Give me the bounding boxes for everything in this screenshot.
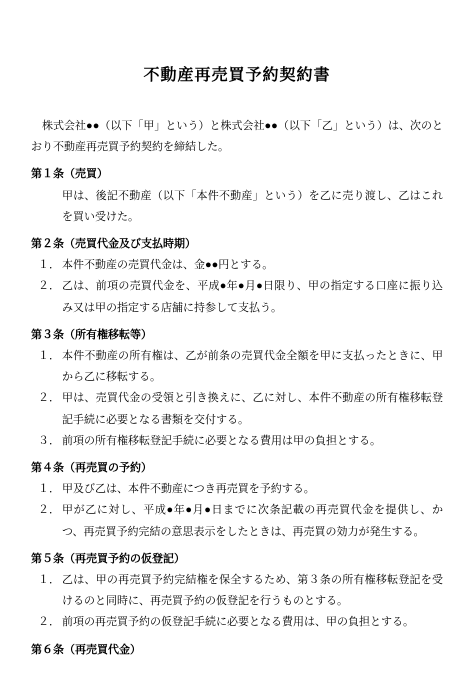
clause-text: 前項の再売買予約の仮登記手続に必要となる費用は、甲の負担とする。 xyxy=(62,612,443,633)
clause-number: ３． xyxy=(31,431,62,452)
article-2-clause-1: １． 本件不動産の売買代金は、金●●円とする。 xyxy=(31,255,443,276)
article-2: 第２条（売買代金及び支払時期） １． 本件不動産の売買代金は、金●●円とする。 … xyxy=(31,234,443,319)
clause-number: １． xyxy=(31,255,62,276)
clause-text: 乙は、甲の再売買予約完結権を保全するため、第３条の所有権移転登記を受けるのと同時… xyxy=(62,570,443,612)
article-2-clause-2: ２． 乙は、前項の売買代金を、平成●年●月●日限り、甲の指定する口座に振り込み又… xyxy=(31,276,443,318)
article-3-clause-2: ２． 甲は、売買代金の受領と引き換えに、乙に対し、本件不動産の所有権移転登記手続… xyxy=(31,388,443,430)
clause-number: ２． xyxy=(31,500,62,542)
article-4-clause-1: １． 甲及び乙は、本件不動産につき再売買を予約する。 xyxy=(31,479,443,500)
article-5-clause-1: １． 乙は、甲の再売買予約完結権を保全するため、第３条の所有権移転登記を受けるの… xyxy=(31,570,443,612)
clause-text: 本件不動産の所有権は、乙が前条の売買代金全額を甲に支払ったときに、甲から乙に移転… xyxy=(62,346,443,388)
clause-number: １． xyxy=(31,346,62,388)
clause-text: 本件不動産の売買代金は、金●●円とする。 xyxy=(62,255,443,276)
article-4-clause-2: ２． 甲が乙に対し、平成●年●月●日までに次条記載の再売買代金を提供し、かつ、再… xyxy=(31,500,443,542)
document-title: 不動産再売買予約契約書 xyxy=(31,65,443,87)
article-3: 第３条（所有権移転等） １． 本件不動産の所有権は、乙が前条の売買代金全額を甲に… xyxy=(31,325,443,452)
clause-number xyxy=(31,186,62,228)
article-5-clause-2: ２． 前項の再売買予約の仮登記手続に必要となる費用は、甲の負担とする。 xyxy=(31,612,443,633)
clause-text: 前項の所有権移転登記手続に必要となる費用は甲の負担とする。 xyxy=(62,431,443,452)
clause-number: １． xyxy=(31,479,62,500)
article-6: 第６条（再売買代金） xyxy=(31,640,443,661)
article-5: 第５条（再売買予約の仮登記） １． 乙は、甲の再売買予約完結権を保全するため、第… xyxy=(31,549,443,634)
article-4: 第４条（再売買の予約） １． 甲及び乙は、本件不動産につき再売買を予約する。 ２… xyxy=(31,458,443,543)
article-2-heading: 第２条（売買代金及び支払時期） xyxy=(31,234,443,255)
article-1-heading: 第１条（売買） xyxy=(31,164,443,185)
article-3-heading: 第３条（所有権移転等） xyxy=(31,325,443,346)
article-1-clause-1: 甲は、後記不動産（以下「本件不動産」という）を乙に売り渡し、乙はこれを買い受けた… xyxy=(31,186,443,228)
intro-paragraph: 株式会社●●（以下「甲」という）と株式会社●●（以下「乙」という）は、次のとおり… xyxy=(31,116,443,158)
clause-number: ２． xyxy=(31,276,62,318)
clause-text: 甲は、売買代金の受領と引き換えに、乙に対し、本件不動産の所有権移転登記手続に必要… xyxy=(62,388,443,430)
contract-document-page: 不動産再売買予約契約書 株式会社●●（以下「甲」という）と株式会社●●（以下「乙… xyxy=(0,0,474,680)
clause-number: １． xyxy=(31,570,62,612)
article-6-heading: 第６条（再売買代金） xyxy=(31,640,443,661)
article-4-heading: 第４条（再売買の予約） xyxy=(31,458,443,479)
article-3-clause-1: １． 本件不動産の所有権は、乙が前条の売買代金全額を甲に支払ったときに、甲から乙… xyxy=(31,346,443,388)
clause-text: 乙は、前項の売買代金を、平成●年●月●日限り、甲の指定する口座に振り込み又は甲の… xyxy=(62,276,443,318)
clause-number: ２． xyxy=(31,388,62,430)
clause-text: 甲は、後記不動産（以下「本件不動産」という）を乙に売り渡し、乙はこれを買い受けた… xyxy=(62,186,443,228)
clause-text: 甲が乙に対し、平成●年●月●日までに次条記載の再売買代金を提供し、かつ、再売買予… xyxy=(62,500,443,542)
article-5-heading: 第５条（再売買予約の仮登記） xyxy=(31,549,443,570)
clause-text: 甲及び乙は、本件不動産につき再売買を予約する。 xyxy=(62,479,443,500)
article-1: 第１条（売買） 甲は、後記不動産（以下「本件不動産」という）を乙に売り渡し、乙は… xyxy=(31,164,443,228)
article-3-clause-3: ３． 前項の所有権移転登記手続に必要となる費用は甲の負担とする。 xyxy=(31,431,443,452)
clause-number: ２． xyxy=(31,612,62,633)
document-content: 不動産再売買予約契約書 株式会社●●（以下「甲」という）と株式会社●●（以下「乙… xyxy=(0,0,474,661)
